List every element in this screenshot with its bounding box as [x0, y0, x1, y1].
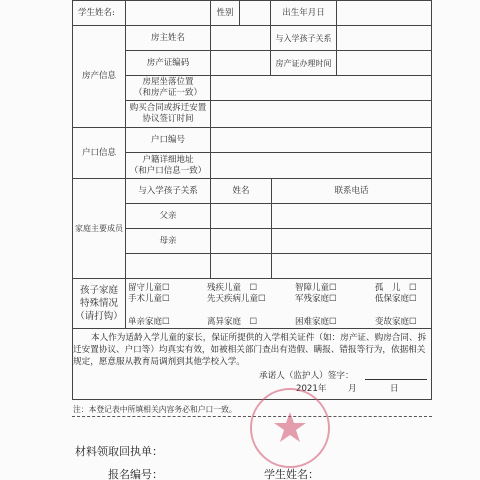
- hukou-number-label: 户口编号: [125, 127, 211, 153]
- family-row-other[interactable]: [125, 253, 211, 279]
- owner-name-label: 房主姓名: [125, 25, 211, 51]
- official-stamp: [250, 388, 330, 468]
- option-low-income[interactable]: 低保家庭☐: [375, 292, 417, 304]
- family-section-label: 家庭主要成员: [72, 178, 126, 279]
- location-label-line1: 房屋坐落位置: [142, 77, 193, 88]
- gender-field[interactable]: [239, 0, 271, 26]
- hukou-number-field[interactable]: [210, 127, 432, 153]
- receipt-student-name-label: 学生姓名：: [264, 466, 319, 480]
- cert-time-label: 房产证办理时间: [270, 50, 337, 76]
- mother-phone-field[interactable]: [271, 228, 432, 254]
- family-row-father: 父亲: [125, 203, 211, 229]
- family-row-mother: 母亲: [125, 228, 211, 254]
- special-label-line1: 孩子家庭: [80, 284, 118, 297]
- note-text: 注：本登记表中所填相关内容务必和户口一致。: [73, 404, 237, 415]
- option-divorced[interactable]: 离异家庭 ☐: [207, 315, 257, 327]
- family-header-name: 姓名: [210, 178, 272, 204]
- special-label: 孩子家庭 特殊情况 （请打钩）: [72, 278, 126, 329]
- option-military-disabled[interactable]: 军残家庭☐: [295, 292, 337, 304]
- option-congenital[interactable]: 先天疾病儿童☐: [207, 292, 266, 304]
- cert-no-field[interactable]: [210, 50, 271, 76]
- receipt-title: 材料领取回执单：: [75, 443, 163, 459]
- pledge-text-block: 本人作为适龄入学儿童的家长，保证所提供的入学相关证件（如：房产证、购房合同、拆迁…: [73, 332, 429, 368]
- property-section-label: 房产信息: [72, 25, 126, 128]
- father-name-field[interactable]: [210, 203, 272, 229]
- student-name-field[interactable]: [125, 0, 211, 26]
- option-family-change[interactable]: 变故家庭☐: [375, 315, 417, 327]
- hukou-address-line1: 户籍详细地址: [142, 155, 193, 166]
- dob-label: 出生年月日: [270, 0, 337, 26]
- special-label-line3: （请打钩）: [75, 310, 123, 323]
- mother-name-field[interactable]: [210, 228, 272, 254]
- student-name-label: 学生姓名:: [72, 0, 126, 26]
- gender-label: 性别: [210, 0, 240, 26]
- family-header-relation: 与入学孩子关系: [125, 178, 211, 204]
- special-label-line2: 特殊情况: [80, 297, 118, 310]
- option-single-parent[interactable]: 单亲家庭☐: [128, 315, 170, 327]
- option-hardship[interactable]: 困难家庭☐: [295, 315, 337, 327]
- cert-no-label: 房产证编码: [125, 50, 211, 76]
- other-phone-field[interactable]: [271, 253, 432, 279]
- family-header-phone: 联系电话: [271, 178, 432, 204]
- reg-no-label: 报名编号：: [108, 466, 163, 480]
- father-phone-field[interactable]: [271, 203, 432, 229]
- contract-label-line1: 购买合同或拆迁安置: [130, 103, 207, 114]
- hukou-address-field[interactable]: [210, 152, 432, 179]
- star-icon: [252, 390, 328, 466]
- location-label: 房屋坐落位置 （和房产证一致）: [125, 75, 211, 101]
- hukou-address-label: 户籍详细地址 （和户口信息一致）: [125, 152, 211, 179]
- cert-time-field[interactable]: [336, 50, 432, 76]
- relation-label: 与入学孩子关系: [270, 25, 337, 51]
- dob-field[interactable]: [336, 0, 432, 26]
- option-surgery[interactable]: 手术儿童☐: [128, 292, 170, 304]
- owner-name-field[interactable]: [210, 25, 271, 51]
- date-month: 月: [348, 382, 357, 394]
- signer-label: 承诺人（监护人）签字：: [259, 369, 354, 381]
- signature-line[interactable]: [365, 379, 427, 380]
- pledge-text: 本人作为适龄入学儿童的家长，保证所提供的入学相关证件（如：房产证、购房合同、拆迁…: [73, 332, 429, 368]
- contract-field[interactable]: [210, 100, 432, 128]
- relation-field[interactable]: [336, 25, 432, 51]
- hukou-address-line2: （和户口信息一致）: [130, 166, 207, 177]
- hukou-section-label: 户口信息: [72, 127, 126, 179]
- location-label-line2: （和房产证一致）: [134, 88, 202, 99]
- other-name-field[interactable]: [210, 253, 272, 279]
- contract-label: 购买合同或拆迁安置 协议签订时间: [125, 100, 211, 128]
- date-day: 日: [390, 382, 399, 394]
- location-field[interactable]: [210, 75, 432, 101]
- contract-label-line2: 协议签订时间: [142, 114, 193, 125]
